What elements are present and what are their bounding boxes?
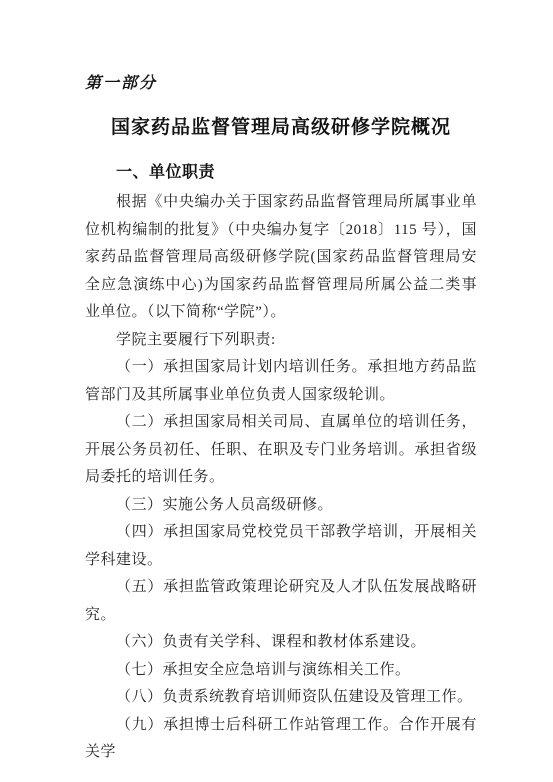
duty-item-6: （六）负责有关学科、课程和教材体系建设。 <box>85 629 477 657</box>
duty-item-5: （五）承担监管政策理论研究及人才队伍发展战略研究。 <box>85 574 477 629</box>
duty-item-2: （二）承担国家局相关司局、直属单位的培训任务，开展公务员初任、任职、在职及专门业… <box>85 409 477 492</box>
duty-item-4: （四）承担国家局党校党员干部教学培训，开展相关学科建设。 <box>85 519 477 574</box>
document-title: 国家药品监督管理局高级研修学院概况 <box>85 114 477 141</box>
paragraph-duties-intro: 学院主要履行下列职责: <box>85 327 477 355</box>
section-heading-unit-duties: 一、单位职责 <box>85 162 477 183</box>
duty-item-3: （三）实施公务人员高级研修。 <box>85 492 477 520</box>
document-body: 根据《中央编办关于国家药品监督管理局所属事业单位机构编制的批复》（中央编办复字〔… <box>85 189 477 767</box>
duty-item-7: （七）承担安全应急培训与演练相关工作。 <box>85 657 477 685</box>
duty-item-8: （八）负责系统教育培训师资队伍建设及管理工作。 <box>85 684 477 712</box>
duty-item-1: （一）承担国家局计划内培训任务。承担地方药品监管部门及其所属事业单位负责人国家级… <box>85 354 477 409</box>
document-page: 第一部分 国家药品监督管理局高级研修学院概况 一、单位职责 根据《中央编办关于国… <box>0 0 553 782</box>
part-label: 第一部分 <box>85 73 477 93</box>
paragraph-establishment-basis: 根据《中央编办关于国家药品监督管理局所属事业单位机构编制的批复》（中央编办复字〔… <box>85 189 477 327</box>
duty-item-9: （九）承担博士后科研工作站管理工作。合作开展有关学 <box>85 712 477 767</box>
